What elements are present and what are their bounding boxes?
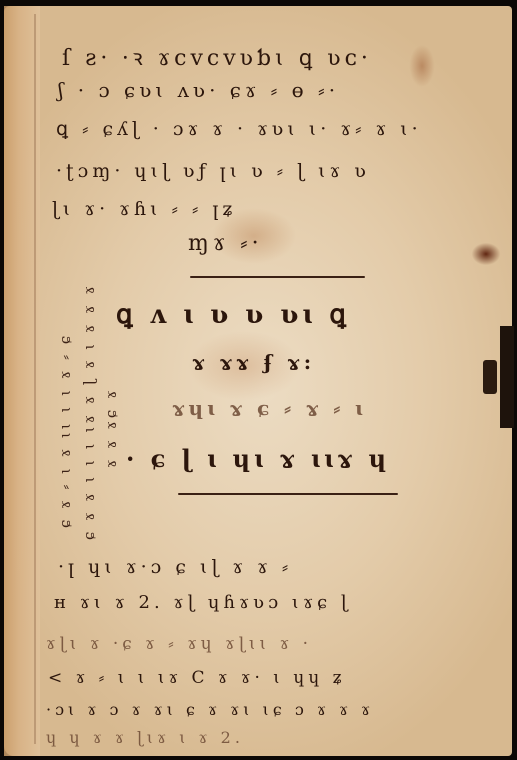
shorthand-line: ɤ ɤɤ ʄ ɤ: (192, 350, 315, 374)
ink-rule-divider (178, 493, 398, 495)
margin-shorthand-column: ɤ ɤ ɤɕ ɤ (102, 387, 120, 468)
margin-shorthand-column: ɕ ɤ ɤ ɩ ɩ ɩ ɩɤ ɤ ɭ ɤ ɩ ɤ ɤ ɤ (80, 283, 98, 540)
shorthand-line: ɥ ɥ ɤ ɤ ɭɩɤ ɩ ɤ 2. (46, 728, 244, 747)
shorthand-line: ſ ꙅ· ⸱ꝛ ɤcvcvʋƅɩ ꝗ ʋᴄ· (62, 42, 372, 72)
shorthand-line: ꝗ ⸗ ɕʎɭ · ɔɤ ɤ · ɤʋɩ ɩ· ɤ⸗ ɤ ɩ· (56, 118, 422, 141)
shorthand-line: ɱɤ ⸗· (188, 230, 263, 256)
shorthand-line: ʃ · ɔ ɕʋɩ ʌʋ· ɕɤ ⸗ ɵ ⸗· (58, 78, 339, 103)
shorthand-line: ɤɭɩ ɤ ·ɕ ɤ ⸗ ɤɥ ɤɭɩɩ ɤ · (46, 634, 312, 654)
book-clasp-knob (483, 360, 497, 394)
margin-line (34, 14, 36, 744)
shorthand-line: ·ꞁ ɥɩ ɤ·ɔ ɕ ɩɭ ɤ ɤ ⸗ (58, 556, 292, 579)
shorthand-line: · ɕ ɭ ɩ ɥɩ ɤ ɩɩɤ ɥ (126, 444, 390, 473)
book-clasp-plate (500, 326, 514, 428)
ink-rule-divider (190, 276, 365, 278)
shorthand-line: ʜ ɤɩ ɤ 2. ɤɭ ɥɦɤʋɔ ɩɤɕ ɭ (54, 592, 351, 613)
margin-shorthand-column: ɕ ɤ ⸗ ɩ ɤ ɩɩ ɩ ɩ ɤ ⸗ ɕ (56, 333, 75, 528)
shorthand-line: ·ɔɩ ɤ ɔ ɤ ɤɩ ɕ ɤ ɤɩ ɩɕ ɔ ɤ ɤ ɤ (46, 700, 374, 719)
shorthand-line: < ɤ ⸗ ɩ ɩ ɩɤ C ɤ ɤ· ɩ ɥɥ ʑ (48, 668, 346, 688)
shorthand-line: ɤɥɩ ɤ ɕ ⸗ ɤ ⸗ ɩ (172, 396, 367, 421)
shorthand-line: ·ʈɔɱ· ɥɩɭ ʋƒ ꞁɩ ʋ ⸗ ɭ ɩɤ ʋ (56, 160, 370, 183)
shorthand-line: ꝗ ʌ ɩ ʋ ʋ ʋɩ ꝗ (116, 300, 350, 330)
shorthand-line: ɭɩ ɤ· ɤɦɩ ⸗ ⸗ ꞁʑ (52, 198, 237, 221)
